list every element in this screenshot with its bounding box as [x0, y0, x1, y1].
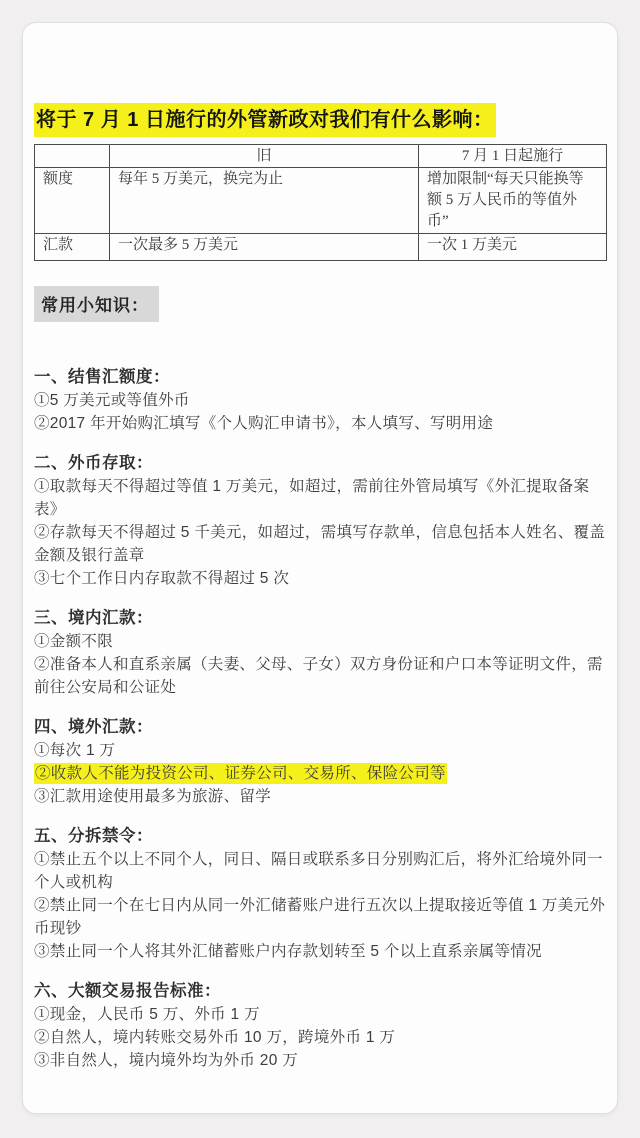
section-overseas-remittance: 四、境外汇款： ①每次 1 万 ②收款人不能为投资公司、证券公司、交易所、保险公… [34, 716, 607, 808]
section-splitting-ban: 五、分拆禁令： ①禁止五个以上不同个人，同日、隔日或联系多日分别购汇后，将外汇给… [34, 825, 607, 963]
subtitle-tips-heading: 常用小知识： [34, 286, 159, 322]
section-heading: 四、境外汇款： [34, 716, 607, 739]
section-heading: 三、境内汇款： [34, 607, 607, 630]
section-foreign-currency-deposit: 二、外币存取： ①取款每天不得超过等值 1 万美元，如超过，需前往外管局填写《外… [34, 452, 607, 590]
section-item: ②禁止同一个在七日内从同一外汇储蓄账户进行五次以上提取接近等值 1 万美元外币现… [34, 894, 607, 940]
table-header-old: 旧 [110, 145, 419, 168]
section-heading: 六、大额交易报告标准： [34, 980, 607, 1003]
section-exchange-quota: 一、结售汇额度： ①5 万美元或等值外币 ②2017 年开始购汇填写《个人购汇申… [34, 366, 607, 435]
section-heading: 二、外币存取： [34, 452, 607, 475]
section-large-transaction-reporting: 六、大额交易报告标准： ①现金，人民币 5 万、外币 1 万 ②自然人，境内转账… [34, 980, 607, 1072]
section-item: ②自然人，境内转账交易外币 10 万，跨境外币 1 万 [34, 1026, 607, 1049]
table-header-new: 7 月 1 日起施行 [419, 145, 607, 168]
tips-sections: 一、结售汇额度： ①5 万美元或等值外币 ②2017 年开始购汇填写《个人购汇申… [34, 366, 607, 1072]
section-item-highlighted: ②收款人不能为投资公司、证券公司、交易所、保险公司等 [34, 762, 607, 785]
section-item: ③汇款用途使用最多为旅游、留学 [34, 785, 607, 808]
table-row-quota: 额度 每年 5 万美元，换完为止 增加限制“每天只能换等额 5 万人民币的等值外… [35, 168, 607, 234]
table-header-empty-cell [35, 145, 110, 168]
subtitle-wrap: 常用小知识： [34, 286, 607, 322]
table-cell-remit-new: 一次 1 万美元 [419, 234, 607, 261]
section-item: ①每次 1 万 [34, 739, 607, 762]
table-row-remittance: 汇款 一次最多 5 万美元 一次 1 万美元 [35, 234, 607, 261]
section-item: ②2017 年开始购汇填写《个人购汇申请书》，本人填写、写明用途 [34, 412, 607, 435]
highlighted-payee-restriction: ②收款人不能为投资公司、证券公司、交易所、保险公司等 [34, 763, 447, 784]
table-cell-quota-label: 额度 [35, 168, 110, 234]
section-item: ①取款每天不得超过等值 1 万美元，如超过，需前往外管局填写《外汇提取备案表》 [34, 475, 607, 521]
section-item: ②准备本人和直系亲属（夫妻、父母、子女）双方身份证和户口本等证明文件，需前往公安… [34, 653, 607, 699]
section-domestic-remittance: 三、境内汇款： ①金额不限 ②准备本人和直系亲属（夫妻、父母、子女）双方身份证和… [34, 607, 607, 699]
section-item: ③七个工作日内存取款不得超过 5 次 [34, 567, 607, 590]
table-cell-quota-old: 每年 5 万美元，换完为止 [110, 168, 419, 234]
document-card: 将于 7 月 1 日施行的外管新政对我们有什么影响： 旧 7 月 1 日起施行 … [22, 22, 618, 1114]
table-header-row: 旧 7 月 1 日起施行 [35, 145, 607, 168]
table-cell-remit-label: 汇款 [35, 234, 110, 261]
article-title: 将于 7 月 1 日施行的外管新政对我们有什么影响： [34, 97, 607, 137]
section-item: ③禁止同一个人将其外汇储蓄账户内存款划转至 5 个以上直系亲属等情况 [34, 940, 607, 963]
section-heading: 五、分拆禁令： [34, 825, 607, 848]
section-item: ①5 万美元或等值外币 [34, 389, 607, 412]
section-item: ①禁止五个以上不同个人，同日、隔日或联系多日分别购汇后，将外汇给境外同一个人或机… [34, 848, 607, 894]
section-item: ②存款每天不得超过 5 千美元，如超过，需填写存款单，信息包括本人姓名、覆盖金额… [34, 521, 607, 567]
section-item: ①现金，人民币 5 万、外币 1 万 [34, 1003, 607, 1026]
table-cell-remit-old: 一次最多 5 万美元 [110, 234, 419, 261]
section-heading: 一、结售汇额度： [34, 366, 607, 389]
article-title-text: 将于 7 月 1 日施行的外管新政对我们有什么影响： [34, 103, 496, 137]
page-background: { "colors": { "highlight_yellow": "#f5f0… [0, 0, 640, 1138]
section-item: ③非自然人，境内境外均为外币 20 万 [34, 1049, 607, 1072]
table-cell-quota-new: 增加限制“每天只能换等额 5 万人民币的等值外币” [419, 168, 607, 234]
section-item: ①金额不限 [34, 630, 607, 653]
policy-comparison-table: 旧 7 月 1 日起施行 额度 每年 5 万美元，换完为止 增加限制“每天只能换… [34, 144, 607, 261]
